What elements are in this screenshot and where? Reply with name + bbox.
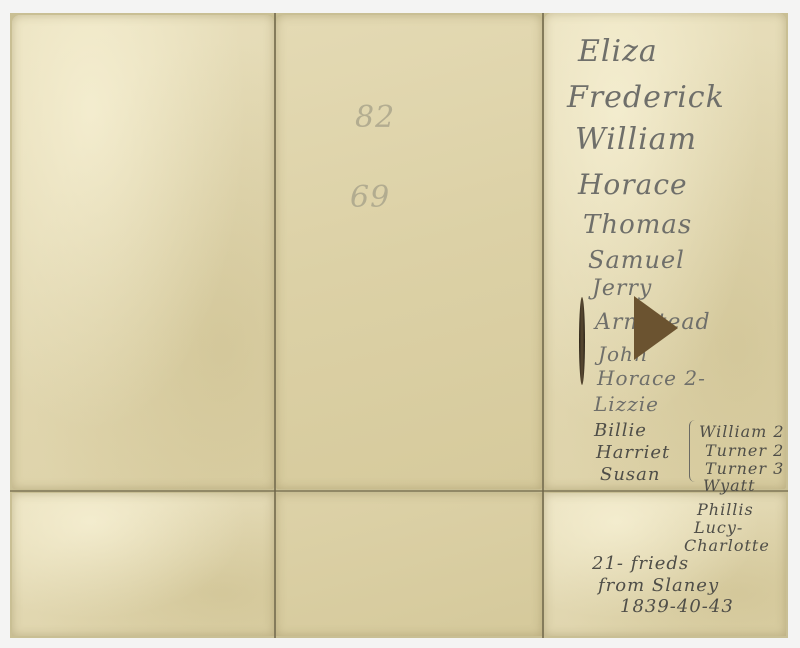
name-lizzie: Lizzie <box>594 392 659 416</box>
name-eliza: Eliza <box>578 34 658 69</box>
panel-bottom-middle <box>276 493 542 636</box>
pin-hole-mark <box>579 297 585 385</box>
name-billie: Billie <box>594 420 647 441</box>
name-turner-2: Turner 2 <box>705 441 784 460</box>
name-harriet: Harriet <box>596 442 670 463</box>
summary-line-2: from Slaney <box>598 575 719 596</box>
horizontal-fold <box>10 490 788 492</box>
summary-line-1: 21- frieds <box>592 553 689 574</box>
vertical-fold-right <box>542 13 544 638</box>
name-susan: Susan <box>600 464 661 485</box>
triangle-stain-mark <box>634 296 678 360</box>
name-wyatt: Wyatt <box>703 476 756 495</box>
name-thomas: Thomas <box>583 210 692 240</box>
name-william-2: William 2 <box>699 422 785 441</box>
vertical-fold-left <box>274 13 276 638</box>
name-william: William <box>575 122 697 157</box>
brace-mark <box>689 420 698 482</box>
name-lucy: Lucy- <box>694 518 743 537</box>
panel-top-middle <box>276 15 542 489</box>
name-frederick: Frederick <box>567 80 725 115</box>
panel-bottom-left <box>12 493 274 636</box>
panel-top-left <box>12 15 274 489</box>
name-charlotte: Charlotte <box>684 536 770 555</box>
name-horace-2: Horace 2- <box>597 366 706 390</box>
middle-mark-1: 82 <box>355 100 395 135</box>
middle-mark-2: 69 <box>350 180 390 215</box>
name-phillis: Phillis <box>697 500 754 519</box>
summary-line-3: 1839-40-43 <box>620 596 734 617</box>
name-horace: Horace <box>578 168 688 201</box>
name-samuel: Samuel <box>588 246 685 274</box>
